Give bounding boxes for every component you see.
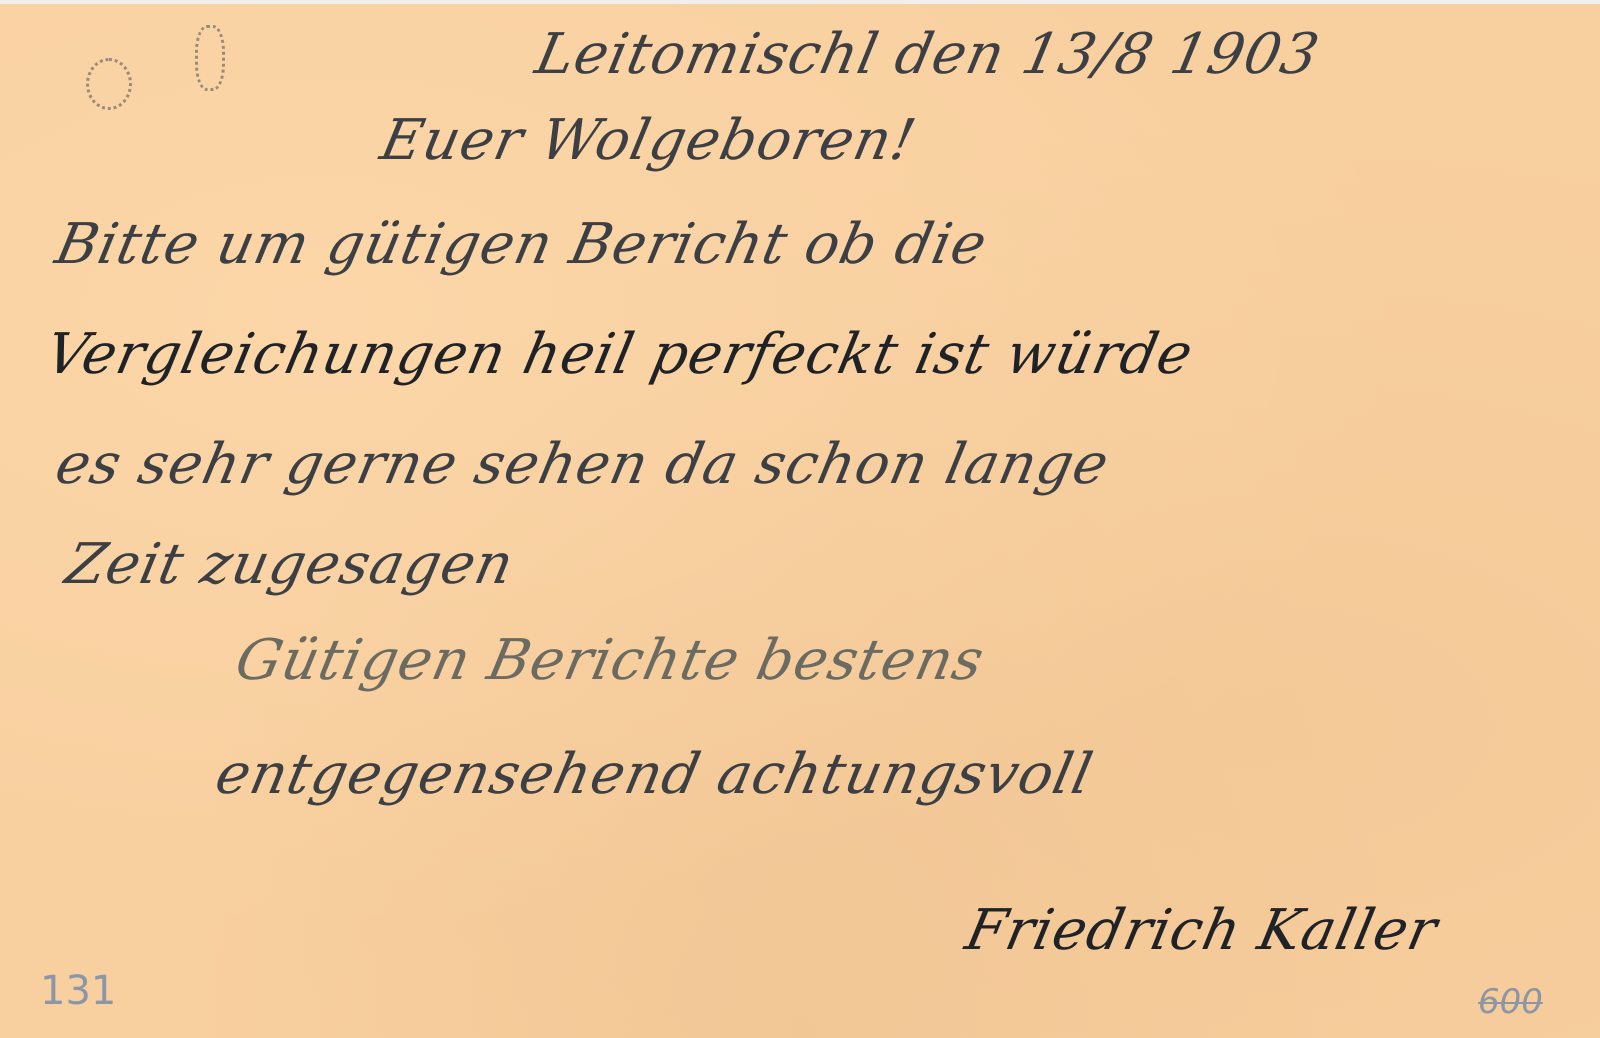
postmark-residue bbox=[86, 58, 132, 110]
signature: Friedrich Kaller bbox=[960, 898, 1443, 963]
body-line-2: Vergleichungen heil perfeckt ist würde bbox=[40, 322, 1199, 387]
closing-line-2: entgegensehend achtungsvoll bbox=[210, 742, 1099, 807]
place-date-line: Leitomischl den 13/8 1903 bbox=[530, 22, 1325, 87]
salutation: Euer Wolgeboren! bbox=[375, 108, 922, 173]
closing-line-1: Gütigen Berichte bestens bbox=[230, 628, 990, 693]
postmark-residue bbox=[195, 25, 225, 91]
body-line-1: Bitte um gütigen Bericht ob die bbox=[50, 212, 993, 277]
body-line-4: Zeit zugesagen bbox=[60, 532, 520, 597]
margin-number: 131 bbox=[40, 968, 116, 1014]
price-struck: 600 bbox=[1478, 982, 1543, 1022]
postcard: Leitomischl den 13/8 1903 Euer Wolgebore… bbox=[0, 0, 1600, 1038]
paper-top-edge bbox=[0, 0, 1600, 4]
body-line-3: es sehr gerne sehen da schon lange bbox=[50, 432, 1115, 497]
